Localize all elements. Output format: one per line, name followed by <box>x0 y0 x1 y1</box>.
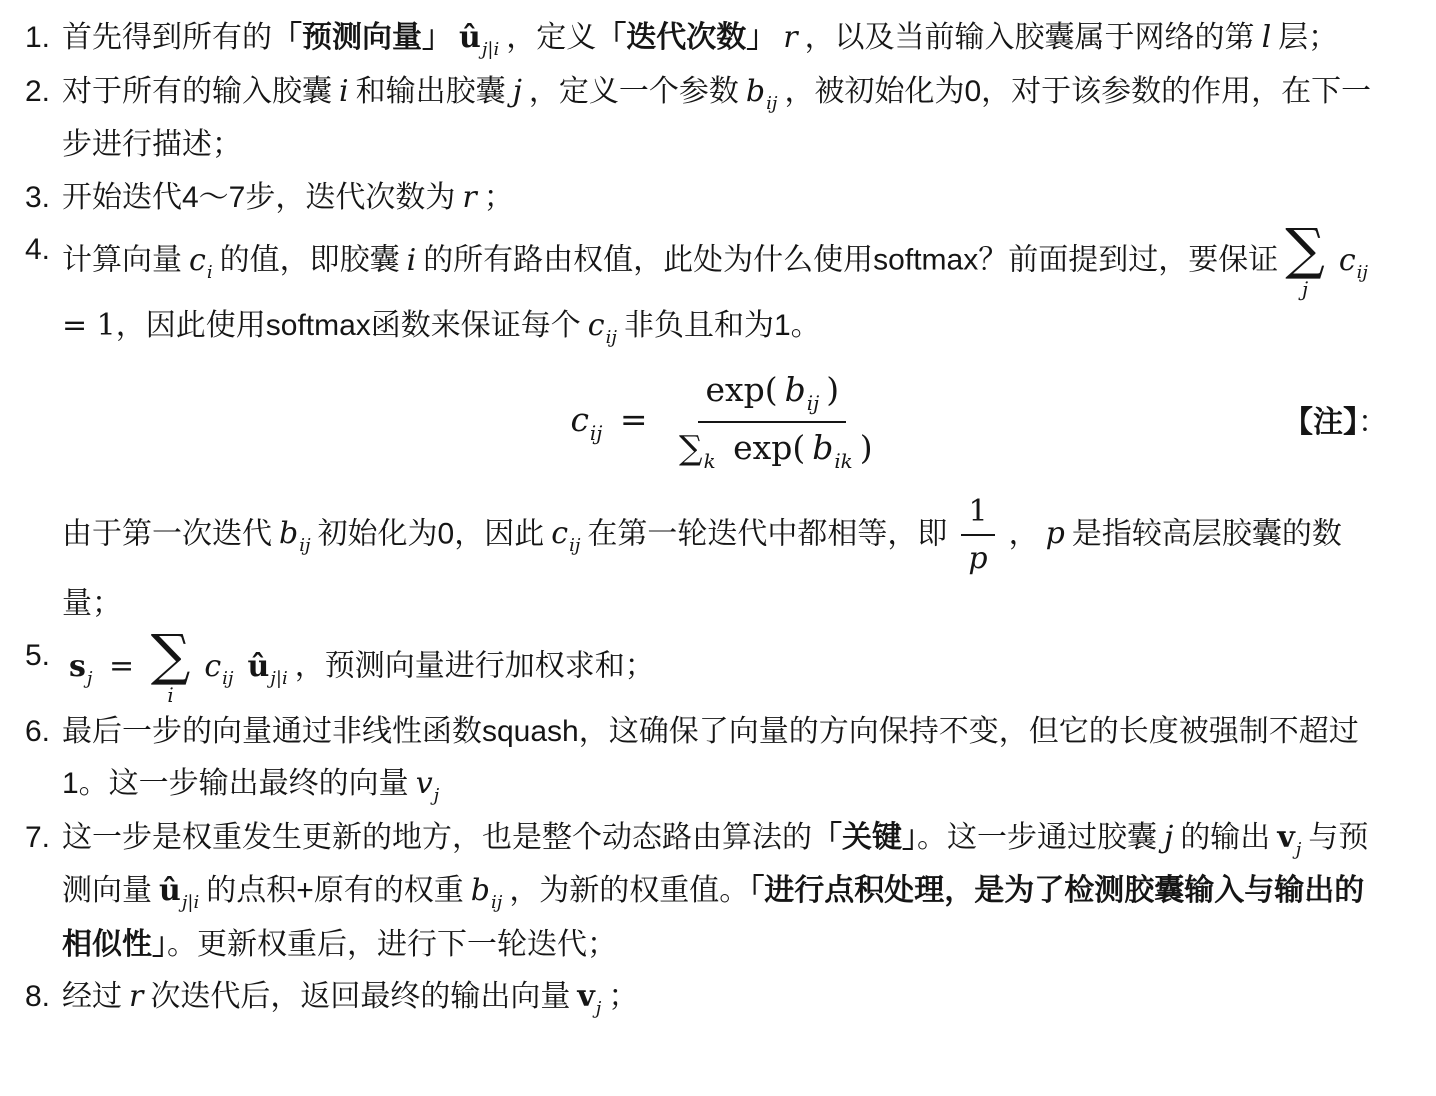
text-segment: ，因此使用softmax函数来保证每个 <box>116 309 581 342</box>
paragraph: sj = ∑icijûj|i，预测向量进行加权求和； <box>62 630 1388 706</box>
text-segment: ： <box>1358 406 1388 439</box>
math-subscript: k <box>704 450 716 473</box>
math-roman: = <box>609 400 658 439</box>
paragraph: 首先得到所有的「预测向量」ûj|i，定义「迭代次数」r，以及当前输入胶囊属于网络… <box>62 12 1388 66</box>
text-segment: ，为新的权重值。 <box>509 874 749 907</box>
list-item: 8.经过r次迭代后，返回最终的输出向量vj； <box>8 971 1388 1025</box>
text-segment: ； <box>608 980 638 1013</box>
math-sub: bij <box>785 371 820 408</box>
math-subscript: ij <box>766 93 777 114</box>
item-number: 8. <box>8 971 50 1024</box>
list-item: 3.开始迭代4～7步，迭代次数为r； <box>8 172 1388 225</box>
math-var: l <box>1262 20 1272 55</box>
text-segment: ， <box>1009 517 1039 550</box>
math-base: c <box>189 243 206 278</box>
equation-row: cij = exp(bij)∑k exp(bik)【注】： <box>62 353 1388 492</box>
item-body: 对于所有的输入胶囊i和输出胶囊j，定义一个参数bij，被初始化为0，对于该参数的… <box>62 66 1388 172</box>
math-roman: = 1 <box>62 308 116 343</box>
text-segment: ，定义一个参数 <box>529 75 739 108</box>
math-base: c <box>570 400 588 439</box>
item-number: 1. <box>8 12 50 65</box>
math-var: r <box>462 180 476 215</box>
fraction: 1p <box>954 493 1001 578</box>
math-subscript: j <box>87 668 93 689</box>
math-base: b <box>279 516 298 551</box>
math-base: v <box>577 979 594 1014</box>
sum-under-index: j <box>1302 280 1308 300</box>
text-segment: ，以及当前输入胶囊属于网络的第 <box>805 21 1255 54</box>
list-item: 2.对于所有的输入胶囊i和输出胶囊j，定义一个参数bij，被初始化为0，对于该参… <box>8 66 1388 172</box>
algorithm-list: 1.首先得到所有的「预测向量」ûj|i，定义「迭代次数」r，以及当前输入胶囊属于… <box>8 12 1388 1025</box>
math-var: i <box>407 243 417 278</box>
list-item: 6.最后一步的向量通过非线性函数squash，这确保了向量的方向保持不变，但它的… <box>8 706 1388 812</box>
text-segment: 由于第一次迭代 <box>62 517 272 550</box>
text-segment: 最后一步的向量通过非线性函数squash，这确保了向量的方向保持不变，但它的长度… <box>62 715 1359 801</box>
softmax-equation: cij = exp(bij)∑k exp(bik) <box>563 369 886 474</box>
math-sub: cij <box>1339 244 1368 277</box>
fraction-numerator: 1 <box>961 493 994 537</box>
math-base: v <box>1277 820 1294 855</box>
text-segment: ，预测向量进行加权求和； <box>295 650 655 683</box>
math-var: r <box>783 20 797 55</box>
text-segment: 和输出胶囊 <box>356 75 506 108</box>
math-var: j <box>513 74 522 109</box>
math-base: b <box>812 428 833 467</box>
math-base: û <box>159 873 181 908</box>
math-base: û <box>247 649 269 684</box>
bold-segment: 「迭代次数」 <box>596 21 776 54</box>
math-base: c <box>551 516 568 551</box>
math-roman: exp( <box>723 428 806 467</box>
list-item: 1.首先得到所有的「预测向量」ûj|i，定义「迭代次数」r，以及当前输入胶囊属于… <box>8 12 1388 66</box>
text-segment: 首先得到所有的 <box>62 21 272 54</box>
item-number: 4. <box>8 224 50 277</box>
item-number: 7. <box>8 812 50 865</box>
fraction-denominator: ∑k exp(bik) <box>665 423 880 475</box>
document: 1.首先得到所有的「预测向量」ûj|i，定义「迭代次数」r，以及当前输入胶囊属于… <box>0 0 1436 1025</box>
text-segment: 在第一轮迭代中都相等，即 <box>587 517 947 550</box>
math-roman: = <box>99 649 143 684</box>
math-subscript: j|i <box>270 668 287 689</box>
text-segment: 层； <box>1278 21 1338 54</box>
text-segment: 的输出 <box>1180 821 1270 854</box>
math-roman: 1 <box>968 494 987 529</box>
math-var: p <box>1046 516 1065 551</box>
math-subscript: ik <box>834 450 852 473</box>
item-body: 首先得到所有的「预测向量」ûj|i，定义「迭代次数」r，以及当前输入胶囊属于网络… <box>62 12 1388 66</box>
math-sub: ûj|i <box>159 874 199 907</box>
math-sub: bij <box>471 874 503 907</box>
list-item: 7.这一步是权重发生更新的地方，也是整个动态路由算法的「关键」。这一步通过胶囊j… <box>8 812 1388 972</box>
math-sub: ûj|i <box>247 650 287 683</box>
math-roman: exp( <box>705 370 777 409</box>
math-sub: cij <box>570 401 602 438</box>
paragraph: 这一步是权重发生更新的地方，也是整个动态路由算法的「关键」。这一步通过胶囊j的输… <box>62 812 1388 972</box>
big-sum: ∑j <box>1285 224 1325 300</box>
text-segment: 的点积+原有的权重 <box>206 874 464 907</box>
big-sum: ∑i <box>151 630 191 706</box>
paragraph: 由于第一次迭代bij初始化为0，因此cij在第一轮迭代中都相等，即1p，p是指较… <box>62 493 1388 631</box>
math-sub: cij <box>551 517 580 550</box>
paragraph: 计算向量ci的值，即胶囊i的所有路由权值，此处为什么使用softmax？前面提到… <box>62 224 1388 353</box>
sigma-symbol: ∑ <box>1285 224 1325 277</box>
item-number: 2. <box>8 66 50 119</box>
math-subscript: ij <box>590 422 602 445</box>
text-segment: ，定义 <box>506 21 596 54</box>
text-segment: 的值，即胶囊 <box>220 244 400 277</box>
item-number: 5. <box>8 630 50 683</box>
text-segment: 开始迭代4～7步，迭代次数为 <box>62 181 455 214</box>
math-subscript: j|i <box>182 892 199 913</box>
math-sub: ci <box>189 244 213 277</box>
item-body: 计算向量ci的值，即胶囊i的所有路由权值，此处为什么使用softmax？前面提到… <box>62 224 1388 630</box>
sum-under-index: i <box>167 686 173 706</box>
text-segment: 初始化为0，因此 <box>318 517 545 550</box>
math-subscript: i <box>207 262 213 283</box>
fraction-numerator: exp(bij) <box>698 369 846 423</box>
math-base: s <box>69 649 86 684</box>
math-subscript: ij <box>1357 262 1368 283</box>
item-body: 开始迭代4～7步，迭代次数为r； <box>62 172 1388 225</box>
math-base: c <box>204 649 221 684</box>
math-sub: cij <box>588 309 617 342</box>
math-subscript: j|i <box>482 39 499 60</box>
math-base: b <box>785 370 806 409</box>
math-subscript: ij <box>299 535 310 556</box>
math-var: r <box>129 979 143 1014</box>
math-subscript: j <box>1296 839 1302 860</box>
math-sub: cij <box>204 650 233 683</box>
text-segment: 非负且和为1。 <box>624 309 821 342</box>
item-body: 这一步是权重发生更新的地方，也是整个动态路由算法的「关键」。这一步通过胶囊j的输… <box>62 812 1388 972</box>
paragraph: 对于所有的输入胶囊i和输出胶囊j，定义一个参数bij，被初始化为0，对于该参数的… <box>62 66 1388 172</box>
math-sub: bij <box>746 75 778 108</box>
text-segment: 这一步是权重发生更新的地方，也是整个动态路由算法的 <box>62 821 812 854</box>
math-base: û <box>459 20 481 55</box>
text-segment: 对于所有的输入胶囊 <box>62 75 332 108</box>
text-segment: 计算向量 <box>62 244 182 277</box>
math-sub: vj <box>416 767 440 800</box>
text-segment: ； <box>484 181 514 214</box>
text-segment: 次迭代后，返回最终的输出向量 <box>150 980 570 1013</box>
note-label: 【注】： <box>1283 397 1388 450</box>
math-base: c <box>1339 243 1356 278</box>
math-var: j <box>1164 820 1173 855</box>
math-sub: bik <box>812 429 852 466</box>
math-subscript: ij <box>569 535 580 556</box>
item-body: 最后一步的向量通过非线性函数squash，这确保了向量的方向保持不变，但它的长度… <box>62 706 1388 812</box>
math-sub: sj <box>69 650 92 683</box>
fraction-denominator: p <box>954 536 1001 578</box>
math-roman: ) <box>860 428 873 467</box>
text-segment: 经过 <box>62 980 122 1013</box>
text-segment: 。这一步通过胶囊 <box>917 821 1157 854</box>
bold-segment: 「预测向量」 <box>272 21 452 54</box>
math-var: p <box>968 541 987 576</box>
math-var: i <box>339 74 349 109</box>
list-item: 4.计算向量ci的值，即胶囊i的所有路由权值，此处为什么使用softmax？前面… <box>8 224 1388 630</box>
math-base: b <box>471 873 490 908</box>
item-number: 6. <box>8 706 50 759</box>
math-sub: vj <box>577 980 601 1013</box>
paragraph: 开始迭代4～7步，迭代次数为r； <box>62 172 1388 225</box>
fraction: exp(bij)∑k exp(bik) <box>665 369 880 474</box>
bold-segment: 【注】 <box>1283 406 1358 439</box>
sigma-symbol: ∑ <box>151 630 191 683</box>
math-subscript: ij <box>222 668 233 689</box>
text-segment: 。更新权重后，进行下一轮迭代； <box>167 928 617 961</box>
math-subscript: j <box>434 785 440 806</box>
math-sub: ∑k <box>679 429 716 466</box>
item-body: sj = ∑icijûj|i，预测向量进行加权求和； <box>62 630 1388 706</box>
math-subscript: ij <box>807 392 819 415</box>
math-subscript: ij <box>491 892 502 913</box>
paragraph: 经过r次迭代后，返回最终的输出向量vj； <box>62 971 1388 1025</box>
math-base: v <box>416 766 433 801</box>
math-sub: vj <box>1277 821 1301 854</box>
math-sub: ûj|i <box>459 21 499 54</box>
text-segment: 的所有路由权值，此处为什么使用softmax？前面提到过，要保证 <box>423 244 1278 277</box>
math-subscript: j <box>596 998 602 1019</box>
math-base: c <box>588 308 605 343</box>
math-base: ∑ <box>679 428 703 467</box>
math-roman: ) <box>826 370 839 409</box>
math-base: b <box>746 74 765 109</box>
paragraph: 最后一步的向量通过非线性函数squash，这确保了向量的方向保持不变，但它的长度… <box>62 706 1388 812</box>
bold-segment: 「关键」 <box>812 821 917 854</box>
item-number: 3. <box>8 172 50 225</box>
math-subscript: ij <box>606 327 617 348</box>
list-item: 5.sj = ∑icijûj|i，预测向量进行加权求和； <box>8 630 1388 706</box>
item-body: 经过r次迭代后，返回最终的输出向量vj； <box>62 971 1388 1025</box>
math-sub: bij <box>279 517 311 550</box>
